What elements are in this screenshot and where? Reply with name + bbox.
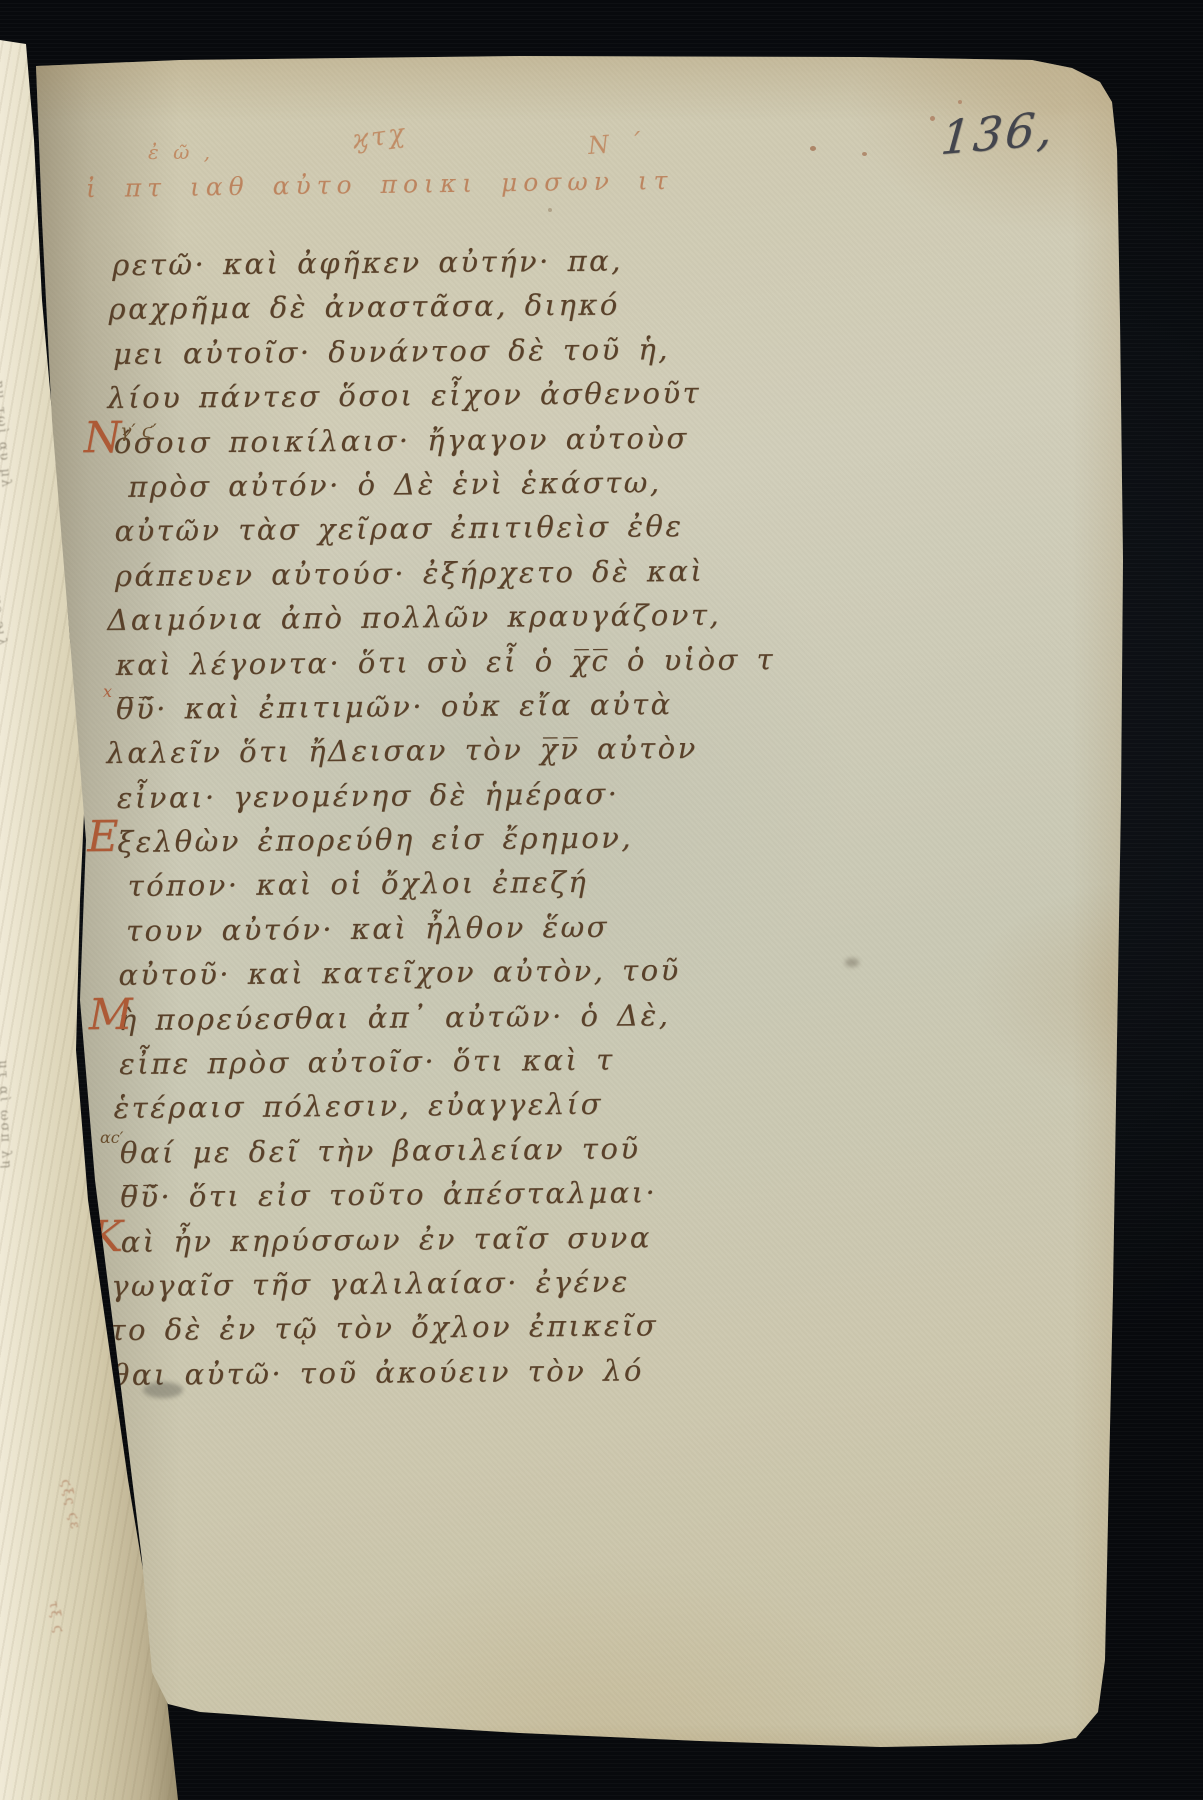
text-line: θαί με δεῖ τὴν βασιλείαν τοῦ [120,1125,800,1175]
line-text: θαι αὐτῶ· τοῦ ἀκούειν τὸν λό [112,1353,644,1392]
line-text: εἶπε πρὸσ αὐτοῖσ· ὅτι καὶ τ [119,1043,615,1081]
ink-speck [930,116,935,121]
text-line: Καὶ ἦν κηρύσσων ἐν ταῖσ συνα [121,1214,801,1264]
text-line: θ̅ῦ̅· ὅτι εἰσ τοῦτο ἀπέσταλμαι· [120,1169,800,1219]
text-line: λαλεῖν ὅτι ἤΔεισαν τὸν χ̅ν̅ αὐτὸν [106,725,796,775]
text-line: αὐτῶν τὰσ χεῖρασ ἐπιτιθεὶσ ἐθε [114,503,794,553]
text-line: εἶναι· γενομένησ δὲ ἡμέρασ· [117,770,797,820]
text-line: θ̅ῦ̅· καὶ ἐπιτιμῶν· οὐκ εἴα αὐτὰ [116,681,796,731]
text-line: ρετῶ· καὶ ἀφῆκεν αὐτήν· πα, [112,237,792,287]
text-line: θαι αὐτῶ· τοῦ ἀκούειν τὸν λό [112,1347,802,1397]
text-line: ράπευεν αὐτούσ· ἐξήρχετο δὲ καὶ [115,548,795,598]
text-line: ραχρῆμα δὲ ἀναστᾶσα, διηκό [108,281,792,331]
line-text: θαί με δεῖ τὴν βασιλείαν τοῦ [120,1131,641,1170]
text-line: το δὲ ἐν τῷ τὸν ὄχλον ἐπικεῖσ [109,1302,801,1352]
text-line: λίου πάντεσ ὅσοι εἶχον ἀσθενοῦτ [107,370,793,420]
bleedthrough-text: ςπτ χο ϶ιλ [0,560,9,649]
line-text: ρετῶ· καὶ ἀφῆκεν αὐτήν· πα, [112,244,623,282]
header-flourish-left: ἐ ῶ , [148,140,214,164]
rubric-initial: Ν [84,415,125,460]
line-text: πρὸσ αὐτόν· ὁ Δὲ ἑνὶ ἑκάστω, [128,465,662,504]
line-text: θ̅ῦ̅· καὶ ἐπιτιμῶν· οὐκ εἴα αὐτὰ [116,687,673,726]
line-text: ξελθὼν ἐπορεύθη εἰσ ἔρημον, [117,821,633,860]
line-text: ὴ πορεύεσθαι ἀπ᾽ αὐτῶν· ὁ Δὲ, [119,998,671,1037]
line-text: αὐτῶν τὰσ χεῖρασ ἐπιτιθεὶσ ἐθε [114,509,683,548]
rubric-initial: Μ [89,992,136,1037]
line-text: ἑτέραισ πόλεσιν, εὐαγγελίσ [113,1087,603,1125]
graphite-smudge [143,1382,183,1398]
text-line: ἑτέραισ πόλεσιν, εὐαγγελίσ [113,1080,799,1130]
text-line: γωγαῖσ τῆσ γαλιλαίασ· ἐγένε [111,1258,801,1308]
ink-speck [862,152,867,156]
line-text: Δαιμόνια ἀπὸ πολλῶν κραυγάζοντ, [107,598,721,637]
text-block: ρετῶ· καὶ ἀφῆκεν αὐτήν· πα,ραχρῆμα δὲ ἀν… [112,237,802,1397]
line-text: λίου πάντεσ ὅσοι εἶχον ἀσθενοῦτ [107,376,701,415]
text-line: Μὴ πορεύεσθαι ἀπ᾽ αὐτῶν· ὁ Δὲ, [119,992,799,1042]
text-line: Δαιμόνια ἀπὸ πολλῶν κραυγάζοντ, [107,592,795,642]
rubric-initial: Κ [90,1215,125,1260]
bleedthrough-text: ημ τωὶ αυ μλ [0,380,14,490]
bleedthrough-text: τξ ϛ [45,1600,66,1636]
bleedthrough-text: ϛξς ϛε [57,1478,82,1532]
line-text: ράπευεν αὐτούσ· ἐξήρχετο δὲ καὶ [115,554,705,593]
line-text: καὶ λέγοντα· ὅτι σὺ εἶ ὁ χ̅ϲ̅ ὁ υἱὸσ τ [116,642,776,682]
line-text: αὐτοῦ· καὶ κατεῖχον αὐτὸν, τοῦ [118,953,681,992]
line-text: τόπον· καὶ οἱ ὄχλοι ἐπεζή [127,865,588,903]
text-line: πρὸσ αὐτόν· ὁ Δὲ ἑνὶ ἑκάστω, [128,459,794,509]
margin-siglum: x [103,682,112,701]
folio-number: 136, [939,101,1058,166]
header-flourish-mid: ϗτχ [350,118,409,155]
line-text: αὶ ἦν κηρύσσων ἐν ταῖσ συνα [121,1220,652,1259]
text-line: Νόσοισ ποικίλαισ· ἤγαγον αὐτοὺσ [114,415,794,465]
line-text: θ̅ῦ̅· ὅτι εἰσ τοῦτο ἀπέσταλμαι· [120,1175,657,1214]
rubric-initial: Ε [87,815,121,860]
text-line: εἶπε πρὸσ αὐτοῖσ· ὅτι καὶ τ [119,1036,799,1086]
line-text: γωγαῖσ τῆσ γαλιλαίασ· ἐγένε [111,1265,630,1304]
line-text: ραχρῆμα δὲ ἀναστᾶσα, διηκό [108,288,620,326]
ink-speck [958,100,962,104]
line-text: όσοισ ποικίλαισ· ἤγαγον αὐτοὺσ [114,421,689,460]
text-line: Εξελθὼν ἐπορεύθη εἰσ ἔρημον, [117,814,797,864]
line-text: μει αὐτοῖσ· δυνάντοσ δὲ τοῦ ἡ, [113,332,670,371]
manuscript-page: 136, ἰ πτ ιαθ αὐτο ποικι μοσων ιτ ἐ ῶ , … [0,0,1203,1800]
edge-smudge [845,958,859,967]
text-line: τόπον· καὶ οἱ ὄχλοι ἐπεζή [127,859,797,909]
line-text: εἶναι· γενομένησ δὲ ἡμέρασ· [117,776,620,814]
header-flourish-right: Ν ΄ [587,128,647,160]
text-line: αὐτοῦ· καὶ κατεῖχον αὐτὸν, τοῦ [118,947,798,997]
line-text: το δὲ ἐν τῷ τὸν ὄχλον ἐπικεῖσ [109,1309,658,1348]
text-line: καὶ λέγοντα· ὅτι σὺ εἶ ὁ χ̅ϲ̅ ὁ υἱὸσ τ [115,637,795,687]
interlinear-mark: γ′ ϛ′ [120,420,157,442]
line-text: λαλεῖν ὅτι ἤΔεισαν τὸν χ̅ν̅ αὐτὸν [106,731,698,770]
running-header-rubric: ἰ πτ ιαθ αὐτο ποικι μοσων ιτ [86,166,674,203]
bleedthrough-text: μτ αὶ ωσπ λη [0,1060,14,1170]
ink-speck [548,208,552,212]
interlinear-mark: αϲ′ [100,1128,123,1147]
line-text: τουν αὐτόν· καὶ ἦλθον ἕωσ [126,910,609,948]
text-line: μει αὐτοῖσ· δυνάντοσ δὲ τοῦ ἡ, [113,326,793,376]
ink-speck [810,146,816,151]
text-line: τουν αὐτόν· καὶ ἦλθον ἕωσ [126,903,798,953]
